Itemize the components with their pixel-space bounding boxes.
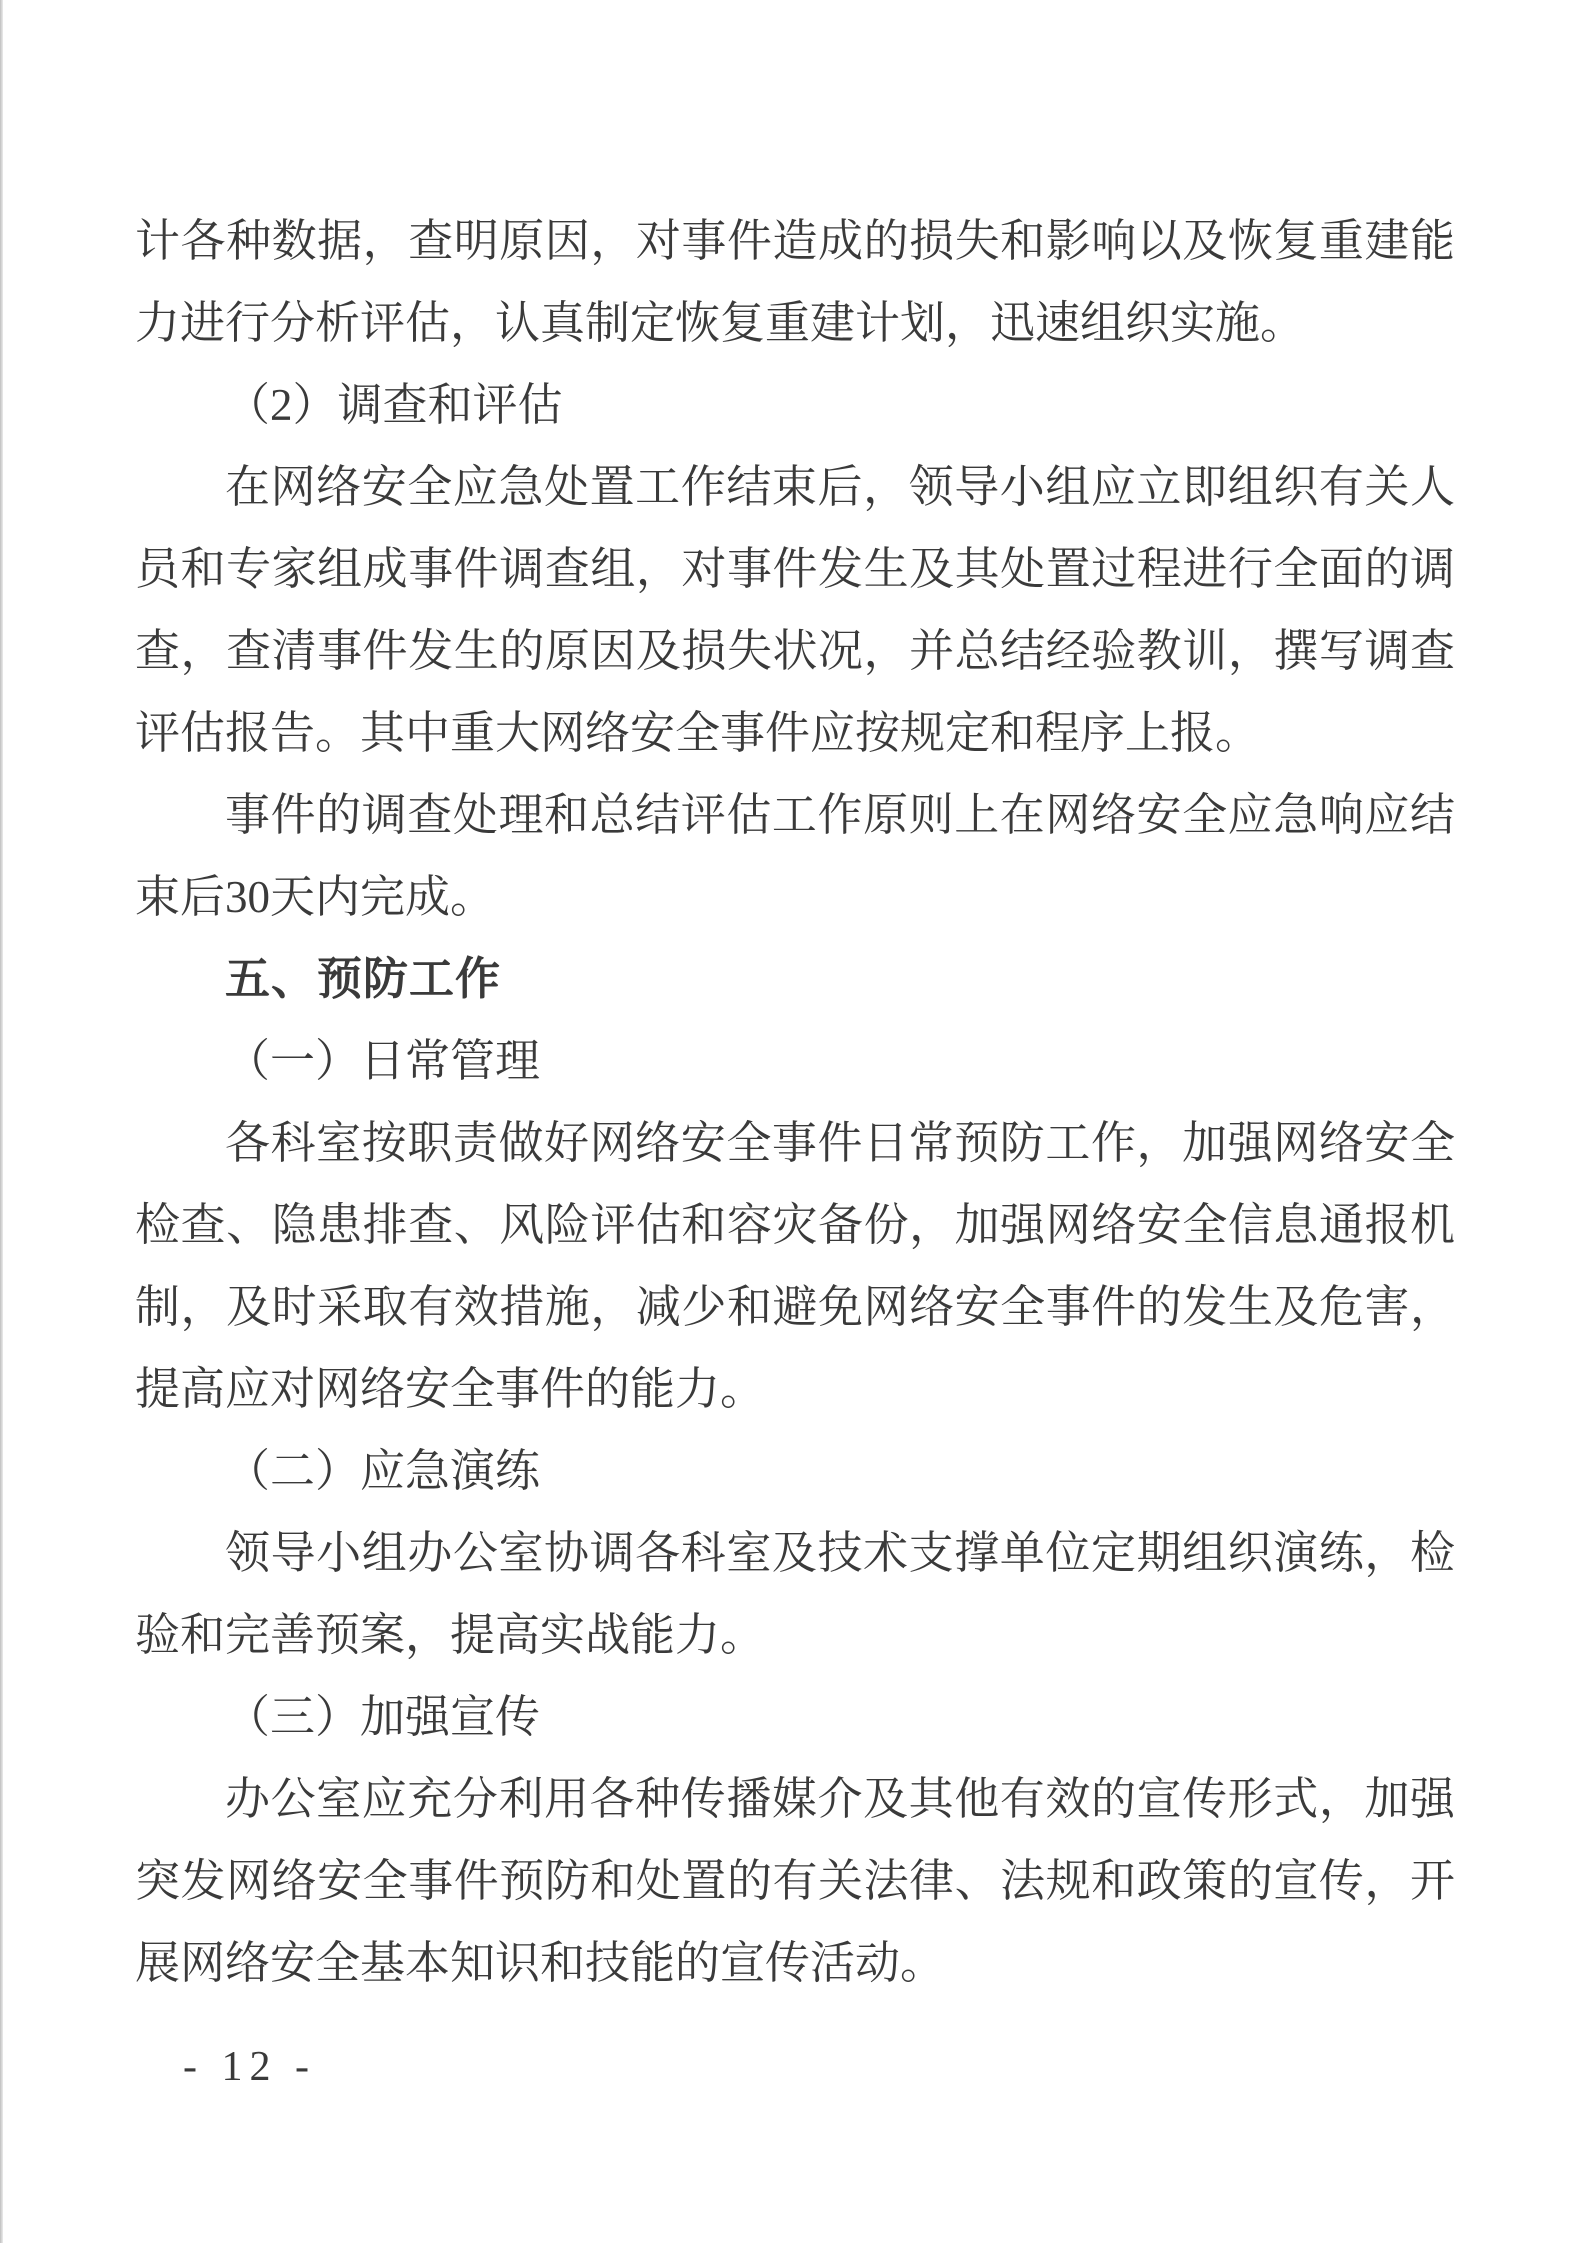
- body-paragraph: 办公室应充分利用各种传播媒介及其他有效的宣传形式，加强突发网络安全事件预防和处置…: [135, 1758, 1455, 2004]
- body-paragraph: 各科室按职责做好网络安全事件日常预防工作，加强网络安全检查、隐患排查、风险评估和…: [135, 1102, 1455, 1430]
- subsection-heading: （一）日常管理: [135, 1020, 1455, 1102]
- body-paragraph: 计各种数据，查明原因，对事件造成的损失和影响以及恢复重建能力进行分析评估，认真制…: [135, 200, 1455, 364]
- section-heading: 五、预防工作: [135, 938, 1455, 1020]
- subsection-heading: （2）调查和评估: [135, 364, 1455, 446]
- page-number: - 12 -: [183, 2046, 316, 2088]
- body-paragraph: 事件的调查处理和总结评估工作原则上在网络安全应急响应结束后30天内完成。: [135, 774, 1455, 938]
- body-paragraph: 领导小组办公室协调各科室及技术支撑单位定期组织演练，检验和完善预案，提高实战能力…: [135, 1512, 1455, 1676]
- subsection-heading: （三）加强宣传: [135, 1676, 1455, 1758]
- body-paragraph: 在网络安全应急处置工作结束后，领导小组应立即组织有关人员和专家组成事件调查组，对…: [135, 446, 1455, 774]
- scan-edge-artifact: [0, 0, 3, 2243]
- subsection-heading: （二）应急演练: [135, 1430, 1455, 1512]
- document-body: 计各种数据，查明原因，对事件造成的损失和影响以及恢复重建能力进行分析评估，认真制…: [135, 200, 1455, 2004]
